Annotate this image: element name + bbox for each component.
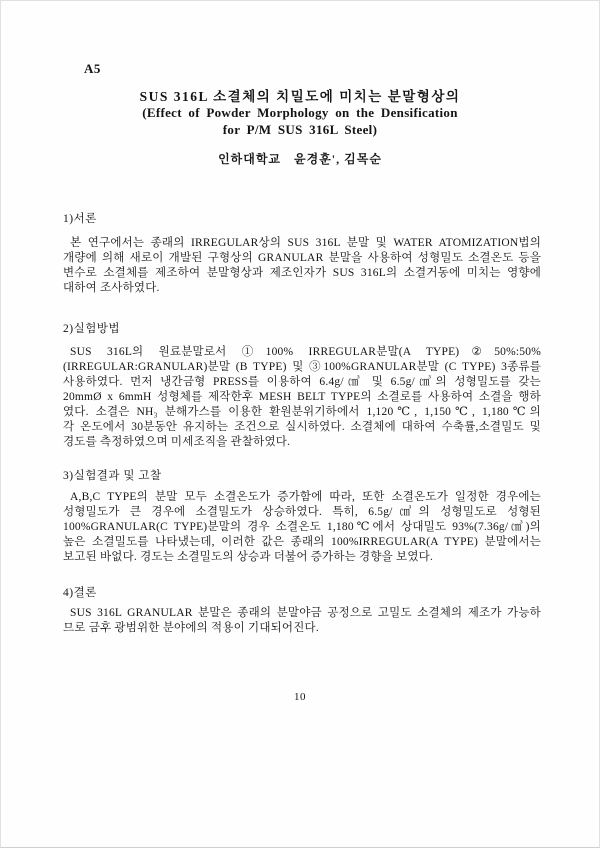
text-line: 대하여 조사하였다.: [63, 281, 541, 296]
section-heading-results: 3)실험결과 및 고찰: [63, 467, 162, 483]
text-line: 높은 소결밀도를 나타냈는데, 이러한 값은 종래의 100%IRREGULAR…: [63, 535, 541, 550]
text-line: (IRREGULAR:GRANULAR)분말 (B TYPE) 및 ③100%G…: [63, 360, 541, 375]
text-line: 경도를 측정하였으며 미세조직을 관찰하였다.: [63, 435, 541, 450]
section-body-introduction: 본 연구에서는 종래의 IRREGULAR상의 SUS 316L 분말 및 WA…: [63, 236, 541, 296]
title-english-line2: for P/M SUS 316L Steel): [1, 122, 599, 138]
page-number: 10: [1, 691, 599, 703]
section-body-conclusion: SUS 316L GRANULAR 분말은 종래의 분말야금 공정으로 고밀도 …: [63, 606, 541, 636]
document-page: A5 SUS 316L 소결체의 치밀도에 미치는 분말형상의 (Effect …: [0, 0, 600, 848]
section-heading-method: 2)실험방법: [63, 320, 120, 336]
text-line: 본 연구에서는 종래의 IRREGULAR상의 SUS 316L 분말 및 WA…: [63, 236, 541, 251]
text-line: 였다. 소결은 NH₃ 분해가스를 이용한 환원분위기하에서 1,120℃, 1…: [63, 405, 541, 420]
text-line: 성형밀도가 큰 경우에 소결밀도가 상승하였다. 특히, 6.5g/㎤의 성형밀…: [63, 505, 541, 520]
section-body-results: A,B,C TYPE의 분말 모두 소결온도가 증가함에 따라, 또한 소결온도…: [63, 490, 541, 565]
text-line: 개량에 의해 새로이 개발된 구형상의 GRANULAR 분말을 사용하여 성형…: [63, 251, 541, 266]
text-line: 100%GRANULAR(C TYPE)분말의 경우 소결온도 1,180℃에서…: [63, 520, 541, 535]
text-line: SUS 316L의 원료분말로서 ①100% IRREGULAR분말(A TYP…: [63, 345, 541, 360]
section-body-method: SUS 316L의 원료분말로서 ①100% IRREGULAR분말(A TYP…: [63, 345, 541, 450]
text-line: 므로 금후 광범위한 분야에의 적용이 기대되어진다.: [63, 621, 541, 636]
title-english-line1: (Effect of Powder Morphology on the Dens…: [1, 105, 599, 121]
authors-line: 인하대학교 윤경훈', 김목순: [1, 150, 599, 167]
text-line: 사용하였다. 먼저 냉간금형 PRESS를 이용하여 6.4g/㎤ 및 6.5g…: [63, 375, 541, 390]
section-heading-introduction: 1)서론: [63, 210, 97, 226]
text-line: SUS 316L GRANULAR 분말은 종래의 분말야금 공정으로 고밀도 …: [63, 606, 541, 621]
text-line: A,B,C TYPE의 분말 모두 소결온도가 증가함에 따라, 또한 소결온도…: [63, 490, 541, 505]
section-heading-conclusion: 4)결론: [63, 584, 97, 600]
text-line: 보고된 바없다. 경도는 소결밀도의 상승과 더불어 증가하는 경향을 보였다.: [63, 550, 541, 565]
text-line: 각 온도에서 30분동안 유지하는 조건으로 실시하였다. 소결체에 대하여 수…: [63, 420, 541, 435]
document-label: A5: [84, 61, 101, 77]
text-line: 20mmØ x 6mmH 성형체를 제작한후 MESH BELT TYPE의 소…: [63, 390, 541, 405]
text-line: 변수로 소결체를 제조하여 분말형상과 제조인자가 SUS 316L의 소결거동…: [63, 266, 541, 281]
title-korean: SUS 316L 소결체의 치밀도에 미치는 분말형상의: [1, 85, 599, 105]
